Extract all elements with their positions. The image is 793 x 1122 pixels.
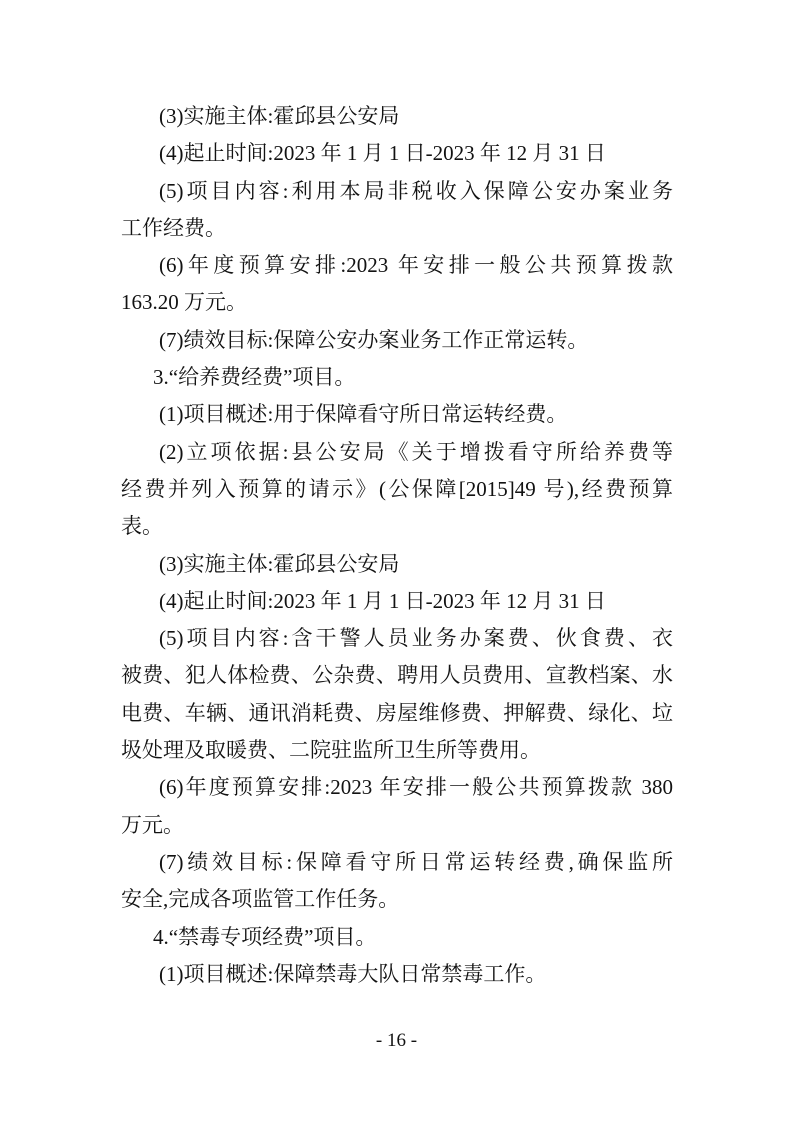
text-line: 表。 xyxy=(121,508,673,545)
text-line: (1)项目概述:用于保障看守所日常运转经费。 xyxy=(121,396,673,433)
page-number: - 16 - xyxy=(0,1029,793,1053)
text-line: (6)年度预算安排:2023 年安排一般公共预算拨款 380 xyxy=(121,769,673,806)
text-line: (5)项目内容:含干警人员业务办案费、伙食费、衣 xyxy=(121,620,673,657)
text-line: 经费并列入预算的请示》(公保障[2015]49 号),经费预算 xyxy=(121,471,673,508)
text-line: 安全,完成各项监管工作任务。 xyxy=(121,881,673,918)
text-line: 电费、车辆、通讯消耗费、房屋维修费、押解费、绿化、垃 xyxy=(121,695,673,732)
text-line: 163.20 万元。 xyxy=(121,284,673,321)
text-line: (2)立项依据:县公安局《关于增拨看守所给养费等 xyxy=(121,434,673,471)
text-line: (5)项目内容:利用本局非税收入保障公安办案业务 xyxy=(121,173,673,210)
section-heading-line: 4.“禁毒专项经费”项目。 xyxy=(121,919,673,956)
text-line: (6)年度预算安排:2023 年安排一般公共预算拨款 xyxy=(121,247,673,284)
text-line: 圾处理及取暖费、二院驻监所卫生所等费用。 xyxy=(121,732,673,769)
text-line: 万元。 xyxy=(121,807,673,844)
text-line: (3)实施主体:霍邱县公安局 xyxy=(121,546,673,583)
text-line: 工作经费。 xyxy=(121,210,673,247)
text-line: (4)起止时间:2023 年 1 月 1 日-2023 年 12 月 31 日 xyxy=(121,583,673,620)
text-line: (1)项目概述:保障禁毒大队日常禁毒工作。 xyxy=(121,956,673,993)
document-page: (3)实施主体:霍邱县公安局 (4)起止时间:2023 年 1 月 1 日-20… xyxy=(0,0,793,1122)
document-body: (3)实施主体:霍邱县公安局 (4)起止时间:2023 年 1 月 1 日-20… xyxy=(121,98,673,993)
text-line: (7)绩效目标:保障公安办案业务工作正常运转。 xyxy=(121,322,673,359)
text-line: 被费、犯人体检费、公杂费、聘用人员费用、宣教档案、水 xyxy=(121,657,673,694)
text-line: (3)实施主体:霍邱县公安局 xyxy=(121,98,673,135)
text-line: (7)绩效目标:保障看守所日常运转经费,确保监所 xyxy=(121,844,673,881)
text-line: (4)起止时间:2023 年 1 月 1 日-2023 年 12 月 31 日 xyxy=(121,135,673,172)
section-heading-line: 3.“给养费经费”项目。 xyxy=(121,359,673,396)
